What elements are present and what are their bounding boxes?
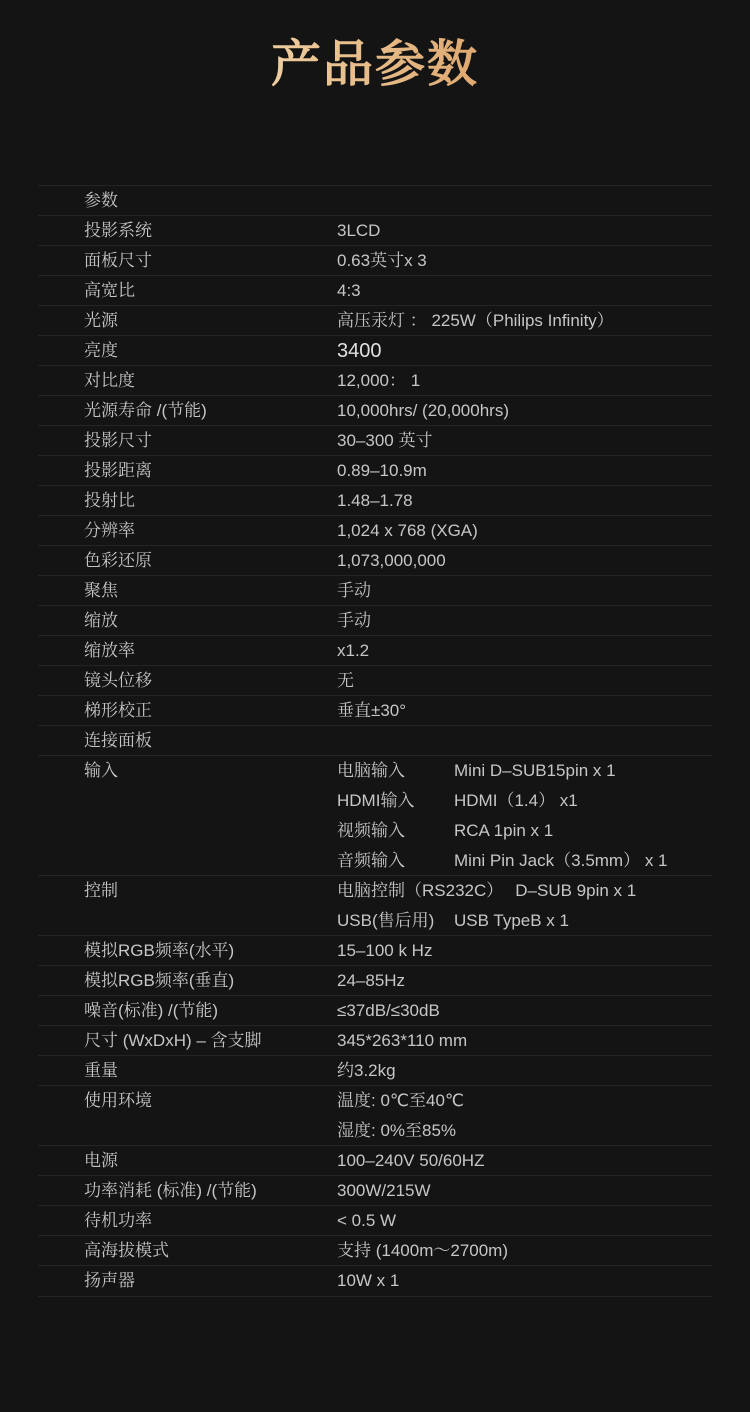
- spec-value-line: 温度: 0℃至40℃: [337, 1086, 712, 1116]
- spec-row: 高海拔模式 支持 (1400m～2700m): [38, 1236, 712, 1266]
- spec-text: < 0.5 W: [337, 1211, 396, 1230]
- spec-value: 10W x 1: [337, 1266, 712, 1296]
- spec-row: 投影距离 0.89–10.9m: [38, 456, 712, 486]
- spec-value-line: 视频输入RCA 1pin x 1: [337, 816, 712, 846]
- spec-text: 3400: [337, 340, 382, 362]
- spec-value: ≤37dB/≤30dB: [337, 996, 712, 1026]
- spec-value: 12,000： 1: [337, 366, 712, 396]
- spec-value-line: 4:3: [337, 276, 712, 306]
- spec-value-line: 电脑输入Mini D–SUB15pin x 1: [337, 756, 712, 786]
- spec-row: 色彩还原 1,073,000,000: [38, 546, 712, 576]
- spec-row: 噪音(标准) /(节能) ≤37dB/≤30dB: [38, 996, 712, 1026]
- spec-row: 缩放率 x1.2: [38, 636, 712, 666]
- spec-text: 30–300 英寸: [337, 431, 432, 450]
- spec-value: 0.63英寸x 3: [337, 246, 712, 276]
- spec-value: 无: [337, 666, 712, 696]
- spec-row: 参数: [38, 186, 712, 216]
- spec-value: 3LCD: [337, 216, 712, 246]
- spec-row: 输入 电脑输入Mini D–SUB15pin x 1HDMI输入HDMI（1.4…: [38, 756, 712, 876]
- spec-value: 支持 (1400m～2700m): [337, 1236, 712, 1266]
- spec-text: 高压汞灯 ： 225W（Philips Infinity）: [337, 311, 614, 330]
- spec-value: 4:3: [337, 276, 712, 306]
- spec-label: 投射比: [38, 486, 337, 516]
- port-label: 视频输入: [337, 816, 442, 846]
- spec-value-line: 0.63英寸x 3: [337, 246, 712, 276]
- spec-label: 缩放: [38, 606, 337, 636]
- port-label: USB(售后用): [337, 906, 442, 936]
- spec-row: 尺寸 (WxDxH) – 含支脚 345*263*110 mm: [38, 1026, 712, 1056]
- spec-value: 24–85Hz: [337, 966, 712, 996]
- spec-row: 光源 高压汞灯 ： 225W（Philips Infinity）: [38, 306, 712, 336]
- spec-value-line: 手动: [337, 606, 712, 636]
- spec-value: 电脑输入Mini D–SUB15pin x 1HDMI输入HDMI（1.4） x…: [337, 756, 712, 876]
- spec-text: RCA 1pin x 1: [454, 821, 553, 840]
- spec-label: 投影距离: [38, 456, 337, 486]
- page-title: 产品参数: [0, 24, 750, 96]
- spec-text: 300W/215W: [337, 1181, 431, 1200]
- spec-value-line: 1.48–1.78: [337, 486, 712, 516]
- spec-label: 投影系统: [38, 216, 337, 246]
- port-label: 电脑控制（RS232C）: [337, 876, 503, 906]
- spec-value: 30–300 英寸: [337, 426, 712, 456]
- spec-text: 1,024 x 768 (XGA): [337, 521, 478, 540]
- spec-value: 1.48–1.78: [337, 486, 712, 516]
- spec-label: 光源寿命 /(节能): [38, 396, 337, 426]
- spec-value: 1,024 x 768 (XGA): [337, 516, 712, 546]
- spec-value: 345*263*110 mm: [337, 1026, 712, 1056]
- spec-row: 缩放 手动: [38, 606, 712, 636]
- spec-row: 电源 100–240V 50/60HZ: [38, 1146, 712, 1176]
- spec-value: 10,000hrs/ (20,000hrs): [337, 396, 712, 426]
- spec-text: 手动: [337, 581, 371, 600]
- spec-value: 手动: [337, 606, 712, 636]
- spec-label: 模拟RGB频率(水平): [38, 936, 337, 966]
- spec-value-line: 15–100 k Hz: [337, 936, 712, 966]
- spec-value-line: 12,000： 1: [337, 366, 712, 396]
- spec-row: 聚焦 手动: [38, 576, 712, 606]
- spec-value-line: HDMI输入HDMI（1.4） x1: [337, 786, 712, 816]
- spec-value-line: 100–240V 50/60HZ: [337, 1146, 712, 1176]
- spec-row: 功率消耗 (标准) /(节能) 300W/215W: [38, 1176, 712, 1206]
- spec-row: 使用环境 温度: 0℃至40℃湿度: 0%至85%: [38, 1086, 712, 1146]
- spec-text: 支持 (1400m～2700m): [337, 1241, 508, 1260]
- spec-value-line: 1,024 x 768 (XGA): [337, 516, 712, 546]
- spec-value-line: 垂直±30°: [337, 696, 712, 726]
- spec-value-line: 高压汞灯 ： 225W（Philips Infinity）: [337, 306, 712, 336]
- spec-text: 12,000： 1: [337, 371, 420, 390]
- spec-label: 分辨率: [38, 516, 337, 546]
- spec-value-line: 无: [337, 666, 712, 696]
- spec-label: 面板尺寸: [38, 246, 337, 276]
- port-label: HDMI输入: [337, 786, 442, 816]
- spec-label: 聚焦: [38, 576, 337, 606]
- spec-row: 分辨率 1,024 x 768 (XGA): [38, 516, 712, 546]
- spec-text: USB TypeB x 1: [454, 911, 569, 930]
- spec-value: [337, 726, 712, 756]
- spec-value-line: 24–85Hz: [337, 966, 712, 996]
- spec-text: 4:3: [337, 281, 361, 300]
- spec-label: 参数: [38, 186, 337, 216]
- spec-text: HDMI（1.4） x1: [454, 791, 578, 810]
- spec-row: 光源寿命 /(节能) 10,000hrs/ (20,000hrs): [38, 396, 712, 426]
- spec-table: 参数 投影系统 3LCD 面板尺寸 0.63英寸x 3 高宽比 4:3 光源 高…: [38, 186, 712, 1297]
- spec-value: 1,073,000,000: [337, 546, 712, 576]
- spec-label: 高宽比: [38, 276, 337, 306]
- spec-label: 投影尺寸: [38, 426, 337, 456]
- spec-row: 连接面板: [38, 726, 712, 756]
- spec-value-line: 0.89–10.9m: [337, 456, 712, 486]
- spec-label: 尺寸 (WxDxH) – 含支脚: [38, 1026, 337, 1056]
- spec-row: 控制 电脑控制（RS232C）D–SUB 9pin x 1USB(售后用)USB…: [38, 876, 712, 936]
- spec-row: 投影尺寸 30–300 英寸: [38, 426, 712, 456]
- spec-row: 投影系统 3LCD: [38, 216, 712, 246]
- spec-text: 1.48–1.78: [337, 491, 413, 510]
- spec-text: 垂直±30°: [337, 701, 406, 720]
- spec-value-line: 30–300 英寸: [337, 426, 712, 456]
- spec-row: 对比度 12,000： 1: [38, 366, 712, 396]
- spec-value-line: 10,000hrs/ (20,000hrs): [337, 396, 712, 426]
- spec-text: x1.2: [337, 641, 369, 660]
- spec-row: 模拟RGB频率(水平) 15–100 k Hz: [38, 936, 712, 966]
- spec-value-line: 约3.2kg: [337, 1056, 712, 1086]
- spec-text: 10,000hrs/ (20,000hrs): [337, 401, 509, 420]
- spec-text: 1,073,000,000: [337, 551, 446, 570]
- spec-label: 对比度: [38, 366, 337, 396]
- spec-value: 电脑控制（RS232C）D–SUB 9pin x 1USB(售后用)USB Ty…: [337, 876, 712, 936]
- port-label: 音频输入: [337, 846, 442, 876]
- spec-text: 无: [337, 671, 354, 690]
- spec-label: 扬声器: [38, 1266, 337, 1296]
- spec-value-line: 3400: [337, 336, 712, 366]
- spec-text: 345*263*110 mm: [337, 1031, 467, 1050]
- spec-value-line: 300W/215W: [337, 1176, 712, 1206]
- spec-label: 色彩还原: [38, 546, 337, 576]
- spec-value: < 0.5 W: [337, 1206, 712, 1236]
- port-label: 电脑输入: [337, 756, 442, 786]
- spec-text: 0.89–10.9m: [337, 461, 427, 480]
- spec-label: 镜头位移: [38, 666, 337, 696]
- spec-text: Mini Pin Jack（3.5mm） x 1: [454, 851, 668, 870]
- spec-row: 重量 约3.2kg: [38, 1056, 712, 1086]
- spec-label: 输入: [38, 756, 337, 876]
- spec-text: ≤37dB/≤30dB: [337, 1001, 440, 1020]
- spec-text: 10W x 1: [337, 1271, 399, 1290]
- spec-value-line: 10W x 1: [337, 1266, 712, 1296]
- spec-value-line: 湿度: 0%至85%: [337, 1116, 712, 1146]
- spec-label: 电源: [38, 1146, 337, 1176]
- spec-label: 模拟RGB频率(垂直): [38, 966, 337, 996]
- spec-text: 湿度: 0%至85%: [337, 1121, 456, 1140]
- spec-text: 100–240V 50/60HZ: [337, 1151, 484, 1170]
- spec-label: 待机功率: [38, 1206, 337, 1236]
- spec-value-line: 音频输入Mini Pin Jack（3.5mm） x 1: [337, 846, 712, 876]
- spec-label: 缩放率: [38, 636, 337, 666]
- spec-value-line: ≤37dB/≤30dB: [337, 996, 712, 1026]
- spec-label: 梯形校正: [38, 696, 337, 726]
- spec-value: 300W/215W: [337, 1176, 712, 1206]
- spec-value-line: 3LCD: [337, 216, 712, 246]
- spec-label: 使用环境: [38, 1086, 337, 1146]
- spec-text: Mini D–SUB15pin x 1: [454, 761, 616, 780]
- spec-text: 手动: [337, 611, 371, 630]
- spec-label: 高海拔模式: [38, 1236, 337, 1266]
- spec-value: 垂直±30°: [337, 696, 712, 726]
- spec-row: 高宽比 4:3: [38, 276, 712, 306]
- spec-text: 约3.2kg: [337, 1061, 396, 1080]
- spec-row: 待机功率 < 0.5 W: [38, 1206, 712, 1236]
- spec-value-line: USB(售后用)USB TypeB x 1: [337, 906, 712, 936]
- spec-text: 温度: 0℃至40℃: [337, 1091, 464, 1110]
- spec-label: 噪音(标准) /(节能): [38, 996, 337, 1026]
- spec-label: 亮度: [38, 336, 337, 366]
- spec-row: 梯形校正 垂直±30°: [38, 696, 712, 726]
- spec-text: 15–100 k Hz: [337, 941, 432, 960]
- spec-text: D–SUB 9pin x 1: [515, 881, 636, 900]
- spec-value-line: < 0.5 W: [337, 1206, 712, 1236]
- spec-row: 投射比 1.48–1.78: [38, 486, 712, 516]
- spec-label: 重量: [38, 1056, 337, 1086]
- spec-text: 24–85Hz: [337, 971, 405, 990]
- spec-value: 15–100 k Hz: [337, 936, 712, 966]
- spec-value: x1.2: [337, 636, 712, 666]
- spec-row: 镜头位移 无: [38, 666, 712, 696]
- spec-text: 3LCD: [337, 221, 380, 240]
- spec-value: 3400: [337, 336, 712, 366]
- spec-row: 模拟RGB频率(垂直) 24–85Hz: [38, 966, 712, 996]
- spec-row: 面板尺寸 0.63英寸x 3: [38, 246, 712, 276]
- spec-value-line: 支持 (1400m～2700m): [337, 1236, 712, 1266]
- spec-value-line: 手动: [337, 576, 712, 606]
- spec-label: 光源: [38, 306, 337, 336]
- spec-row: 亮度 3400: [38, 336, 712, 366]
- spec-value: 温度: 0℃至40℃湿度: 0%至85%: [337, 1086, 712, 1146]
- spec-label: 连接面板: [38, 726, 337, 756]
- spec-value: 约3.2kg: [337, 1056, 712, 1086]
- spec-value-line: 345*263*110 mm: [337, 1026, 712, 1056]
- spec-text: 0.63英寸x 3: [337, 251, 427, 270]
- spec-value-line: 电脑控制（RS232C）D–SUB 9pin x 1: [337, 876, 712, 906]
- spec-value: 0.89–10.9m: [337, 456, 712, 486]
- spec-value: 高压汞灯 ： 225W（Philips Infinity）: [337, 306, 712, 336]
- spec-value: 100–240V 50/60HZ: [337, 1146, 712, 1176]
- spec-value: 手动: [337, 576, 712, 606]
- spec-row: 扬声器 10W x 1: [38, 1266, 712, 1296]
- spec-label: 控制: [38, 876, 337, 936]
- spec-value: [337, 186, 712, 216]
- spec-value-line: 1,073,000,000: [337, 546, 712, 576]
- spec-label: 功率消耗 (标准) /(节能): [38, 1176, 337, 1206]
- spec-value-line: x1.2: [337, 636, 712, 666]
